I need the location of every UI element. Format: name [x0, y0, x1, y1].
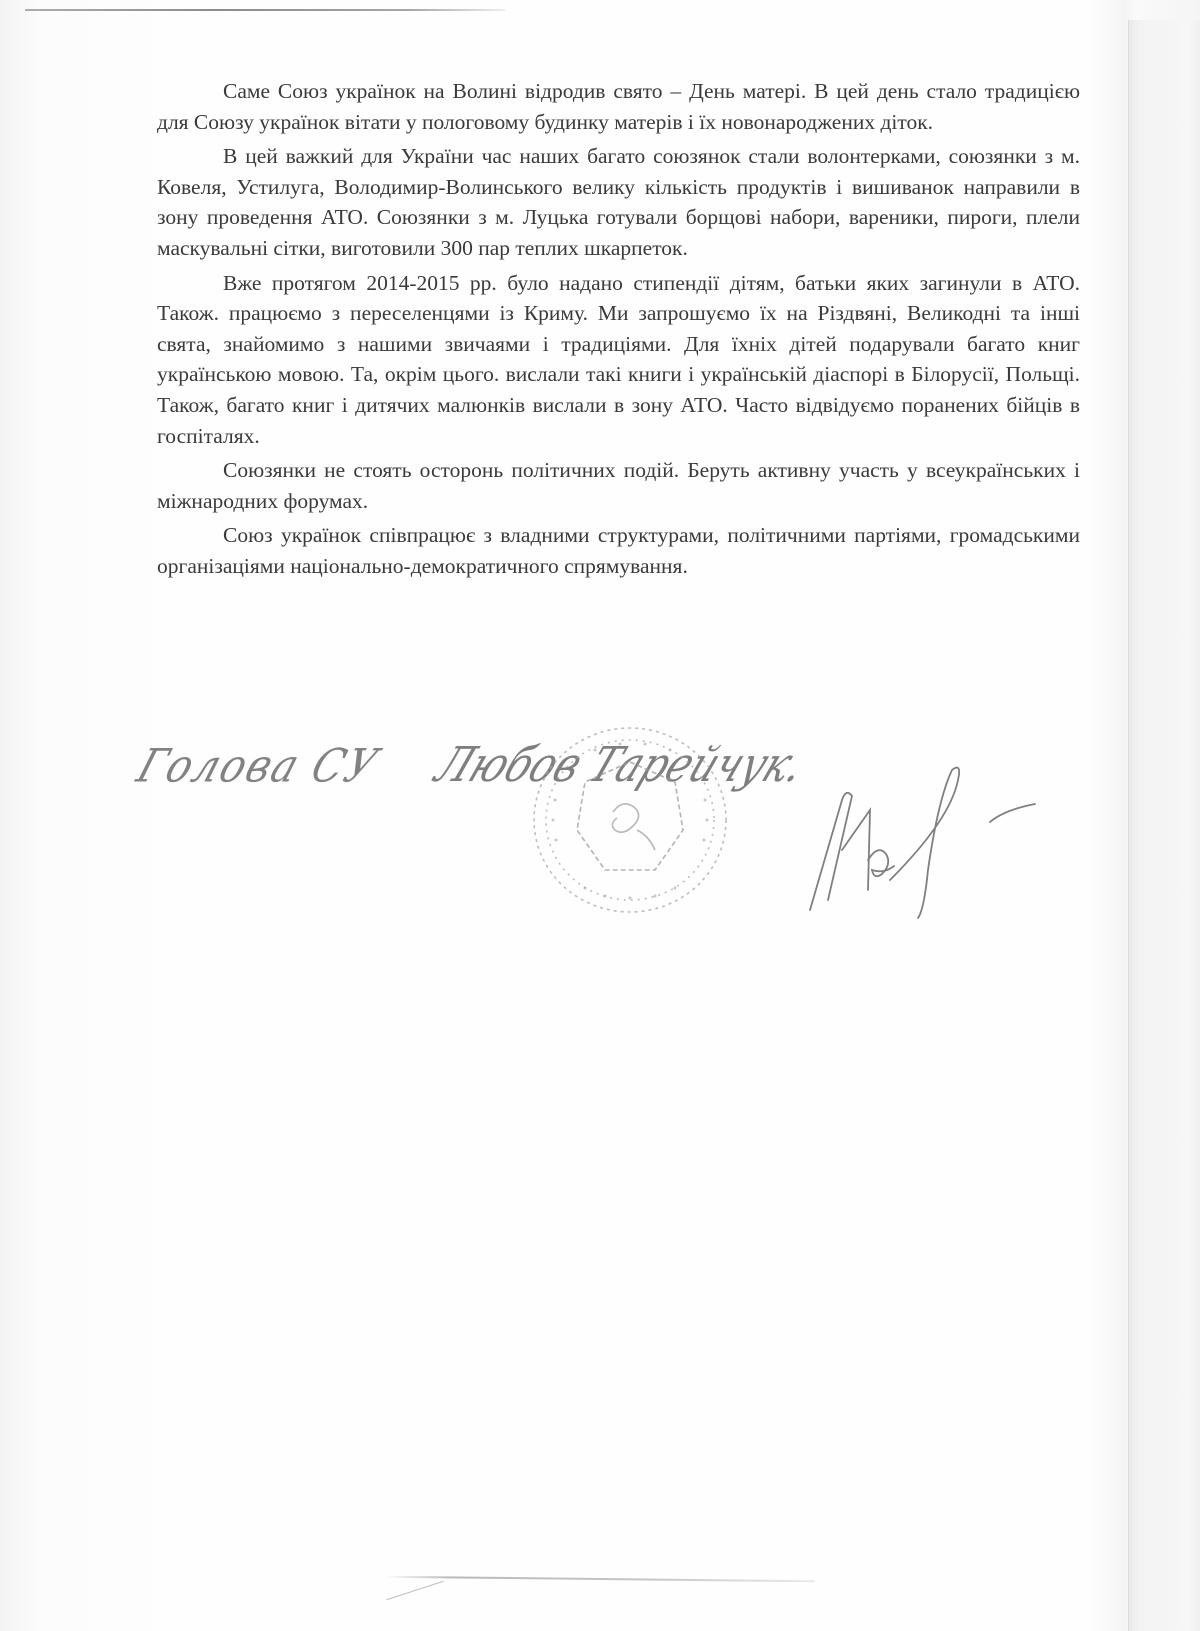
- scanned-page: Саме Союз українок на Волині відродив св…: [0, 0, 1200, 1631]
- page-curl-edge: [386, 1581, 443, 1600]
- signature-block: Голова СУ Любов Тарейчук.: [140, 720, 1080, 920]
- paragraph-scholarships: Вже протягом 2014-2015 рр. було надано с…: [157, 268, 1080, 452]
- paragraph-volunteers: В цей важкий для України час наших багат…: [157, 141, 1080, 263]
- paragraph-political-events: Союзянки не стоять осторонь політичних п…: [157, 455, 1080, 516]
- document-body: Саме Союз українок на Волині відродив св…: [157, 76, 1080, 582]
- page-edge-shadow: [1128, 20, 1200, 1631]
- paragraph-cooperation: Союз українок співпрацює з владними стру…: [157, 520, 1080, 581]
- stamp-seal-icon: [525, 720, 735, 920]
- page-curl-line: [385, 1576, 815, 1583]
- signature-scribble-icon: [780, 740, 1040, 920]
- handwritten-title: Голова СУ: [131, 740, 386, 793]
- paragraph-mothers-day: Саме Союз українок на Волині відродив св…: [157, 76, 1080, 137]
- scan-edge-line: [25, 9, 505, 11]
